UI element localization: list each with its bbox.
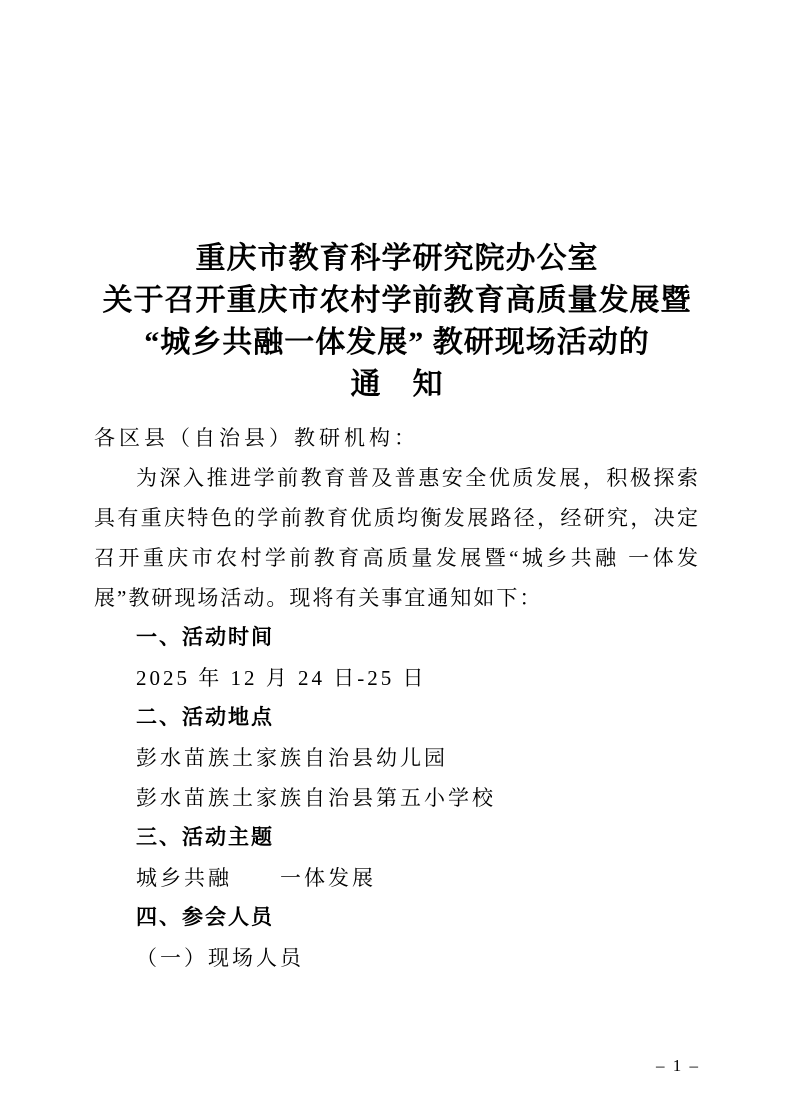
section-2-item-venue-2: 彭水苗族土家族自治县第五小学校 — [94, 778, 700, 818]
title-line-subject-2: “城乡共融一体发展” 教研现场活动的 — [0, 322, 794, 364]
title-line-notice: 通 知 — [0, 364, 794, 406]
section-2-item-venue-1: 彭水苗族土家族自治县幼儿园 — [94, 738, 700, 778]
title-line-issuer: 重庆市教育科学研究院办公室 — [0, 238, 794, 280]
intro-paragraph: 为深入推进学前教育普及普惠安全优质发展，积极探索具有重庆特色的学前教育优质均衡发… — [94, 458, 700, 618]
document-page: 重庆市教育科学研究院办公室 关于召开重庆市农村学前教育高质量发展暨 “城乡共融一… — [0, 0, 794, 1108]
title-line-subject-1: 关于召开重庆市农村学前教育高质量发展暨 — [0, 280, 794, 322]
section-1-item-time: 2025 年 12 月 24 日-25 日 — [94, 658, 700, 698]
section-4-heading: 四、参会人员 — [94, 898, 700, 938]
page-number: – 1 – — [656, 1054, 700, 1078]
section-3-item-theme: 城乡共融 一体发展 — [94, 858, 700, 898]
section-3-heading: 三、活动主题 — [94, 818, 700, 858]
section-2-heading: 二、活动地点 — [94, 698, 700, 738]
section-1-heading: 一、活动时间 — [94, 618, 700, 658]
document-body: 各区县（自治县）教研机构： 为深入推进学前教育普及普惠安全优质发展，积极探索具有… — [94, 418, 700, 978]
document-title-block: 重庆市教育科学研究院办公室 关于召开重庆市农村学前教育高质量发展暨 “城乡共融一… — [0, 0, 794, 406]
salutation: 各区县（自治县）教研机构： — [94, 418, 700, 458]
section-4-item-onsite: （一）现场人员 — [94, 938, 700, 978]
